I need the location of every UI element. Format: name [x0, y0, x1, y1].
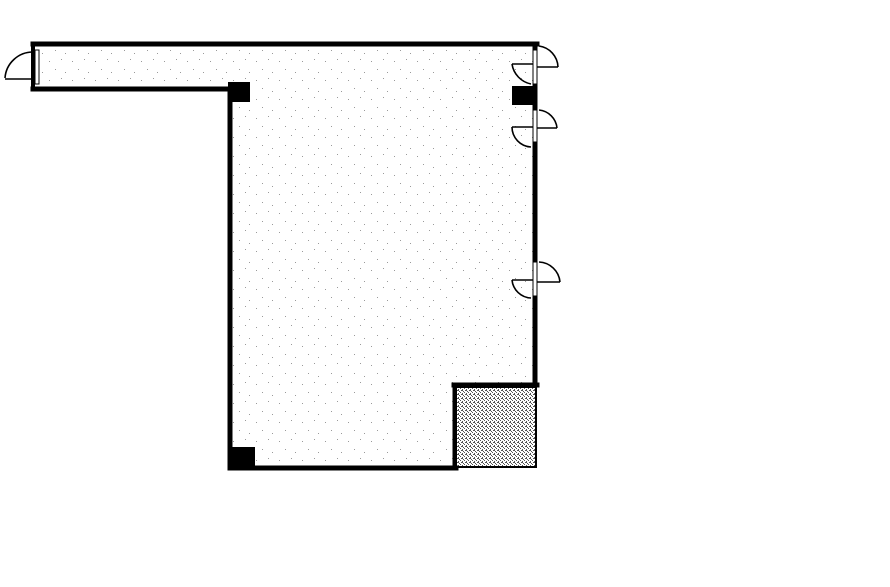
door-west[interactable]: [5, 52, 33, 79]
column-bottom-left: [230, 447, 255, 468]
door-swing-arc-icon: [5, 52, 33, 78]
door-swing-arc-icon: [539, 46, 558, 67]
door-swing-arc-icon: [539, 262, 560, 282]
corridor: [37, 47, 535, 87]
door-swing-arc-icon: [539, 110, 557, 128]
floor-plan: [0, 0, 890, 587]
column-top-left: [228, 82, 250, 102]
service-core: [456, 387, 536, 467]
column-east: [512, 86, 536, 105]
